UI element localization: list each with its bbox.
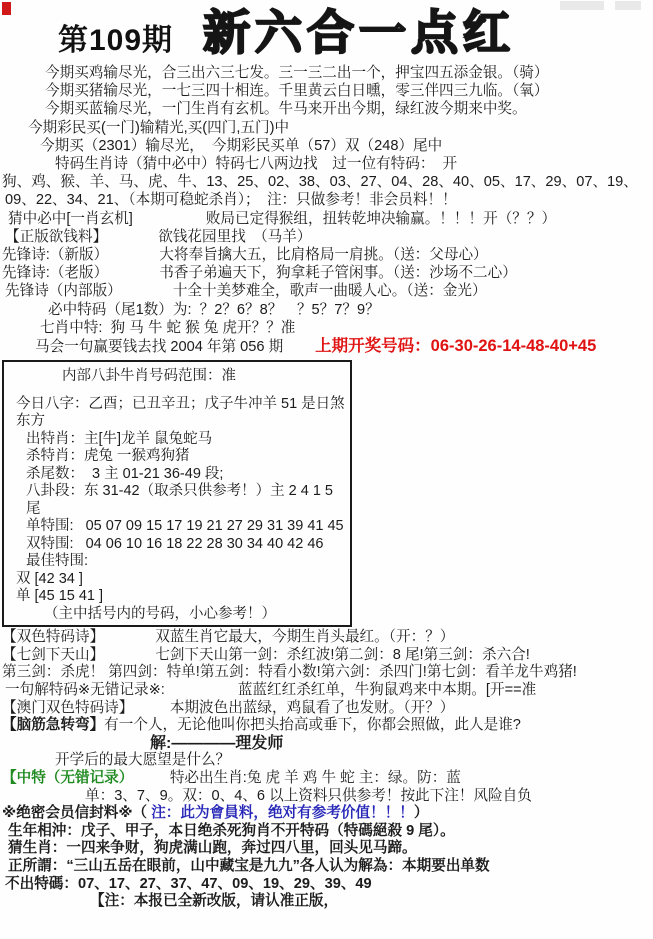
riddle-line: 【脑筋急转弯】有一个人，无论他叫你把头抬高或垂下，你都会照做，此人是谁?	[0, 717, 653, 735]
tip-line-doors: 今期彩民买(一门)输精光,买(四门,五门)中	[0, 119, 653, 137]
riddle-label: 【脑筋急转弯】	[2, 717, 104, 733]
one-zodiac-hint: 猜中必中[一肖玄机] 败局已定得猴组，扭转乾坤决输赢。！！！开（？？）	[0, 210, 653, 228]
secret-suffix: ）	[414, 805, 429, 821]
last-draw-row: 马会一句赢要钱去找 2004 年第 056 期 上期开奖号码：06-30-26-…	[0, 337, 653, 356]
tip-line-blue: 今期买蓝输尽光，一门生肖有玄机。牛马来开出今期，绿红波今期来中奖。	[0, 100, 653, 118]
bagua-box: 内部八卦牛肖号码范围：准 今日八字：乙酉；已丑辛丑；戊子牛冲羊 51 是日煞东方…	[2, 360, 352, 627]
tip-line-odd-even: 今期买（2301）输尽光， 今期彩民买单（57）双（248）尾中	[0, 137, 653, 155]
dan-tewei-line: 单特围: 05 07 09 15 17 19 21 27 29 31 39 41…	[4, 518, 350, 536]
secret-prefix: ※绝密会员信封料※（	[2, 805, 151, 821]
masthead-title: 新六合一点红	[203, 11, 515, 56]
last-draw-numbers: 上期开奖号码：06-30-26-14-48-40+45	[315, 337, 596, 355]
shuang-bracket-line: 双 [42 34 ]	[4, 571, 350, 589]
zuijia-tewei-label: 最佳特围:	[4, 553, 350, 571]
issue-label: 第109期	[58, 26, 173, 56]
zodiac-number-list-2: 09、22、34、21、（本期可稳蛇杀肖）； 注：只做参考！非会员料！！	[0, 191, 653, 209]
secret-member-line: ※绝密会员信封料※（ 注：此为會員料，绝对有参考价值！！！）	[0, 805, 653, 823]
sha-te-xiao-line: 杀特肖：虎兔 一猴鸡狗猪	[4, 448, 350, 466]
bazi-line: 今日八字：乙酉；已丑辛丑；戊子牛冲羊 51 是日煞东方	[4, 396, 350, 431]
top-section: 今期买鸡输尽光，合三出六三七发。三一三二出一个，押宝四五添金银。（骑） 今期买猪…	[0, 64, 653, 356]
scan-artifact	[560, 1, 604, 10]
mahui-sentence: 马会一句赢要钱去找 2004 年第 056 期	[0, 338, 283, 356]
tip-line-chicken: 今期买鸡输尽光，合三出六三七发。三一三二出一个，押宝四五添金银。（骑）	[0, 64, 653, 82]
guess-zodiac-line: 猜生肖：一四来争财，狗虎满山跑，奔过四八里，回头见马蹄。	[0, 840, 653, 858]
riddle-text: 有一个人，无论他叫你把头抬高或垂下，你都会照做，此人是谁?	[104, 717, 521, 733]
xianfeng-old: 先锋诗:（老版） 书香子弟遍天下，狗拿耗子管闲事。（送：沙场不二心）	[0, 264, 653, 282]
bizhong-tema-line: 必中特码（尾1数）为: ？2？6？8？ ？5？7？9？	[0, 301, 653, 319]
zhongte-text: 特必出生肖:兔 虎 羊 鸡 牛 蛇 主：绿。防：蓝	[126, 770, 461, 786]
qixiao-zhongte-line: 七肖中特: 狗 马 牛 蛇 猴 兔 虎开？？准	[0, 319, 653, 337]
yiju-jiete-line: 一句解特码※无错记录※: 蓝蓝红红杀红单，牛狗鼠鸡来中本期。[开==准	[0, 682, 653, 700]
bagua-duan-line: 八卦段：东 31-42（取杀只供参考！）主 2 4 1 5 尾	[4, 483, 350, 518]
header: 第109期 新六合一点红	[0, 0, 653, 56]
riddle-next-question: 开学后的最大愿望是什么？	[0, 752, 653, 770]
zhongte-line-2: 单：3、7、9。双：0、4、6 以上资料只供参考！按此下注！风险自负	[0, 788, 653, 806]
tip-sheet-page: 第109期 新六合一点红 今期买鸡输尽光，合三出六三七发。三一三二出一个，押宝四…	[0, 0, 653, 939]
bottom-section: 【双色特码诗】 双蓝生肖它最大，今期生肖头最红。（开：？） 【七剑下天山】 七剑…	[0, 629, 653, 911]
secret-note: 注：此为會員料，绝对有参考价值！！！	[151, 805, 414, 821]
saying-line: 正所謂：“三山五岳在眼前，山中藏宝是九九”各人认为解為：本期要出单数	[0, 858, 653, 876]
footer-note: 【注：本报已全新改版，请认准正版，	[0, 893, 653, 911]
zhongte-label: 【中特（无错记录）	[2, 770, 126, 786]
shuang-tewei-line: 双特围: 04 06 10 16 18 22 28 30 34 40 42 46	[4, 536, 350, 554]
aomen-shuangse-shi: 【澳门双色特码诗】 本期波色出蓝绿，鸡鼠看了也发财。（开？）	[0, 700, 653, 718]
qijian-line-1: 【七剑下天山】 七剑下天山第一剑：杀红波!第二剑：8 尾!第三剑：杀六合!	[0, 647, 653, 665]
xianfeng-internal: 先锋诗（内部版） 十全十美梦难全，歌声一曲暖人心。（送：金光）	[0, 282, 653, 300]
xianfeng-new: 先锋诗:（新版） 大将奉旨擒大五，比肩格局一肩挑。（送：父母心）	[0, 246, 653, 264]
birth-clash-line: 生年相沖：戊子、甲子，本日绝杀死狗肖不开特码（特碼絕殺 9 尾）。	[0, 823, 653, 841]
corner-mark	[2, 2, 11, 15]
qijian-line-2: 第三剑：杀虎！ 第四剑：特单!第五剑：特看小数!第六剑：杀四门!第七剑：看羊龙牛…	[0, 664, 653, 682]
no-show-numbers-line: 不出特碼：07、17、27、37、47、09、19、29、39、49	[0, 876, 653, 894]
tip-line-pig: 今期买猪输尽光，一七三四十相连。千里黄云白日曛，零三伴四三九临。（氧）	[0, 82, 653, 100]
scan-artifact	[615, 1, 641, 10]
dan-bracket-line: 单 [45 15 41 ]	[4, 588, 350, 606]
shuangse-tema-shi: 【双色特码诗】 双蓝生肖它最大，今期生肖头最红。（开：？）	[0, 629, 653, 647]
zodiac-number-list-1: 狗、鸡、猴、羊、马、虎、牛、13、25、02、38、03、27、04、28、40…	[0, 173, 653, 191]
box-footnote: （主中括号内的号码，小心参考！）	[4, 606, 350, 624]
tema-shengxiao-shi: 特码生肖诗（猜中必中）特码七八两边找 过一位有特码： 开	[0, 155, 653, 173]
chute-xiao-line: 出特肖：主[牛]龙羊 鼠兔蛇马	[4, 431, 350, 449]
riddle-answer: 解:————理发师	[0, 735, 653, 753]
bagua-box-title: 内部八卦牛肖号码范围：准	[4, 368, 350, 386]
zhengban-yuqian-line: 【正版欲钱料】 欲钱花园里找 （马羊）	[0, 228, 653, 246]
zhongte-line: 【中特（无错记录） 特必出生肖:兔 虎 羊 鸡 牛 蛇 主：绿。防：蓝	[0, 770, 653, 788]
sha-weishu-line: 杀尾数： 3 主 01-21 36-49 段;	[4, 466, 350, 484]
spacer	[4, 386, 350, 396]
